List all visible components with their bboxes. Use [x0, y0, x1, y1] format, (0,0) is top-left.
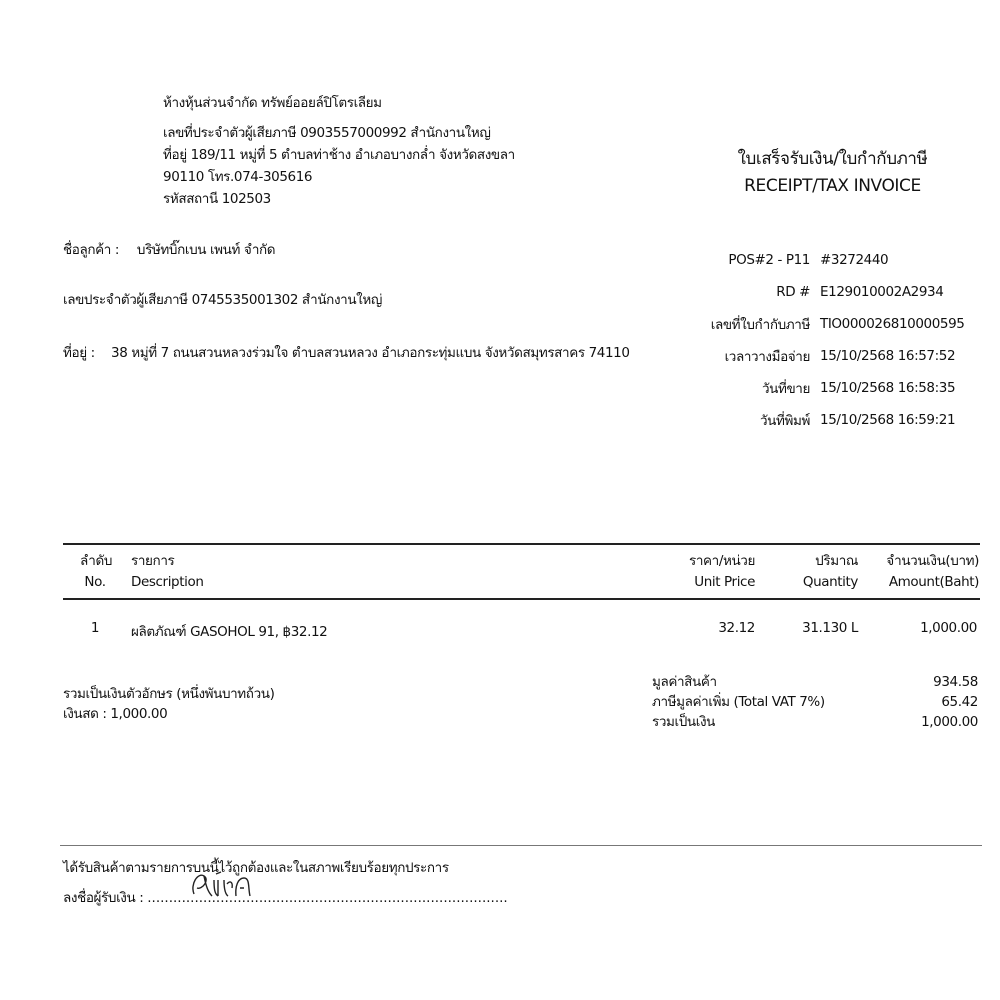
customer-address: 38 หมู่ที่ 7 ถนนสวนหลวงร่วมใจ ตำบลสวนหลว… [111, 343, 631, 363]
meta-value: E129010002A2934 [820, 284, 990, 300]
meta-row-rd: RD # E129010002A2934 [600, 276, 990, 308]
col-header-description: รายการ Description [131, 551, 204, 593]
col-header-quantity: ปริมาณ Quantity [760, 551, 858, 593]
col-header-unit-price-th: ราคา/หน่วย [640, 551, 755, 572]
customer-name-row: ชื่อลูกค้า : บริษัทบิ๊กเบน เพนท์ จำกัด [63, 238, 275, 260]
amount-words-block: รวมเป็นเงินตัวอักษร (หนึ่งพันบาทถ้วน) เง… [63, 684, 274, 724]
meta-value: #3272440 [820, 252, 990, 268]
meta-label: RD # [600, 284, 820, 300]
document-title-english: RECEIPT/TAX INVOICE [705, 173, 960, 200]
col-header-amount-en: Amount(Baht) [860, 572, 979, 593]
meta-value: 15/10/2568 16:58:35 [820, 380, 990, 396]
customer-name: บริษัทบิ๊กเบน เพนท์ จำกัด [137, 242, 275, 258]
customer-address-label: ที่อยู่ : [63, 343, 111, 363]
col-header-quantity-en: Quantity [760, 572, 858, 593]
customer-tax-id: เลขประจำตัวผู้เสียภาษี 0745535001302 สำน… [63, 288, 382, 310]
col-header-description-en: Description [131, 572, 204, 593]
table-top-rule [63, 543, 980, 545]
total-value: 65.42 [941, 692, 978, 712]
footer-rule [60, 845, 982, 846]
total-label: ภาษีมูลค่าเพิ่ม (Total VAT 7%) [652, 692, 825, 712]
col-header-no-th: ลำดับ [80, 551, 110, 572]
seller-tax-id: เลขที่ประจำตัวผู้เสียภาษี 0903557000992 … [163, 122, 515, 144]
meta-label: วันที่ขาย [600, 377, 820, 399]
meta-label: วันที่พิมพ์ [600, 409, 820, 431]
col-header-unit-price-en: Unit Price [640, 572, 755, 593]
receipt-meta: POS#2 - P11 #3272440 RD # E129010002A293… [600, 244, 990, 436]
customer-name-label: ชื่อลูกค้า : [63, 238, 133, 260]
total-value: 934.58 [933, 672, 978, 692]
meta-row-sale-date: วันที่ขาย 15/10/2568 16:58:35 [600, 372, 990, 404]
table-header-rule [63, 598, 980, 600]
meta-row-pos: POS#2 - P11 #3272440 [600, 244, 990, 276]
amount-in-words: รวมเป็นเงินตัวอักษร (หนึ่งพันบาทถ้วน) [63, 684, 274, 704]
document-title: ใบเสร็จรับเงิน/ใบกำกับภาษี RECEIPT/TAX I… [705, 146, 960, 200]
acknowledgement-text: ได้รับสินค้าตามรายการบนนี้ไว้ถูกต้องและใ… [63, 853, 508, 883]
col-header-description-th: รายการ [131, 551, 204, 572]
totals-block: มูลค่าสินค้า 934.58 ภาษีมูลค่าเพิ่ม (Tot… [652, 672, 978, 732]
meta-value: 15/10/2568 16:57:52 [820, 348, 990, 364]
meta-row-tax-invoice-no: เลขที่ใบกำกับภาษี TIO000026810000595 [600, 308, 990, 340]
col-header-no-en: No. [80, 572, 110, 593]
row-description: ผลิตภัณฑ์ GASOHOL 91, ฿32.12 [131, 620, 327, 642]
seller-address-line2: 90110 โทร.074-305616 [163, 166, 515, 188]
cash-amount: เงินสด : 1,000.00 [63, 704, 274, 724]
handwritten-signature: ศิริภา [188, 866, 258, 906]
total-label: รวมเป็นเงิน [652, 712, 715, 732]
meta-row-print-date: วันที่พิมพ์ 15/10/2568 16:59:21 [600, 404, 990, 436]
meta-value: 15/10/2568 16:59:21 [820, 412, 990, 428]
total-row-grand-total: รวมเป็นเงิน 1,000.00 [652, 712, 978, 732]
col-header-unit-price: ราคา/หน่วย Unit Price [640, 551, 755, 593]
row-quantity: 31.130 L [760, 620, 858, 636]
seller-station-code: รหัสสถานี 102503 [163, 188, 515, 210]
meta-row-nozzle-time: เวลาวางมือจ่าย 15/10/2568 16:57:52 [600, 340, 990, 372]
seller-name: ห้างหุ้นส่วนจำกัด ทรัพย์ออยล์ปิโตรเลียม [163, 92, 515, 114]
signature-line: ลงชื่อผู้รับเงิน : .....................… [63, 883, 508, 913]
meta-value: TIO000026810000595 [820, 316, 990, 332]
row-no: 1 [80, 620, 110, 636]
row-amount: 1,000.00 [860, 620, 977, 636]
col-header-no: ลำดับ No. [80, 551, 110, 593]
col-header-quantity-th: ปริมาณ [760, 551, 858, 572]
total-value: 1,000.00 [921, 712, 978, 732]
document-title-thai: ใบเสร็จรับเงิน/ใบกำกับภาษี [705, 146, 960, 173]
row-unit-price: 32.12 [640, 620, 755, 636]
seller-address-line1: ที่อยู่ 189/11 หมู่ที่ 5 ตำบลท่าช้าง อำเ… [163, 144, 515, 166]
meta-label: POS#2 - P11 [600, 252, 820, 268]
total-row-vat: ภาษีมูลค่าเพิ่ม (Total VAT 7%) 65.42 [652, 692, 978, 712]
meta-label: เลขที่ใบกำกับภาษี [600, 313, 820, 335]
meta-label: เวลาวางมือจ่าย [600, 345, 820, 367]
total-row-subtotal: มูลค่าสินค้า 934.58 [652, 672, 978, 692]
col-header-amount: จำนวนเงิน(บาท) Amount(Baht) [860, 551, 979, 593]
seller-info: ห้างหุ้นส่วนจำกัด ทรัพย์ออยล์ปิโตรเลียม … [163, 92, 515, 210]
col-header-amount-th: จำนวนเงิน(บาท) [860, 551, 979, 572]
signature-label: ลงชื่อผู้รับเงิน : [63, 890, 143, 906]
customer-address-row: ที่อยู่ :38 หมู่ที่ 7 ถนนสวนหลวงร่วมใจ ต… [63, 343, 631, 363]
footer: ได้รับสินค้าตามรายการบนนี้ไว้ถูกต้องและใ… [63, 853, 508, 913]
total-label: มูลค่าสินค้า [652, 672, 717, 692]
